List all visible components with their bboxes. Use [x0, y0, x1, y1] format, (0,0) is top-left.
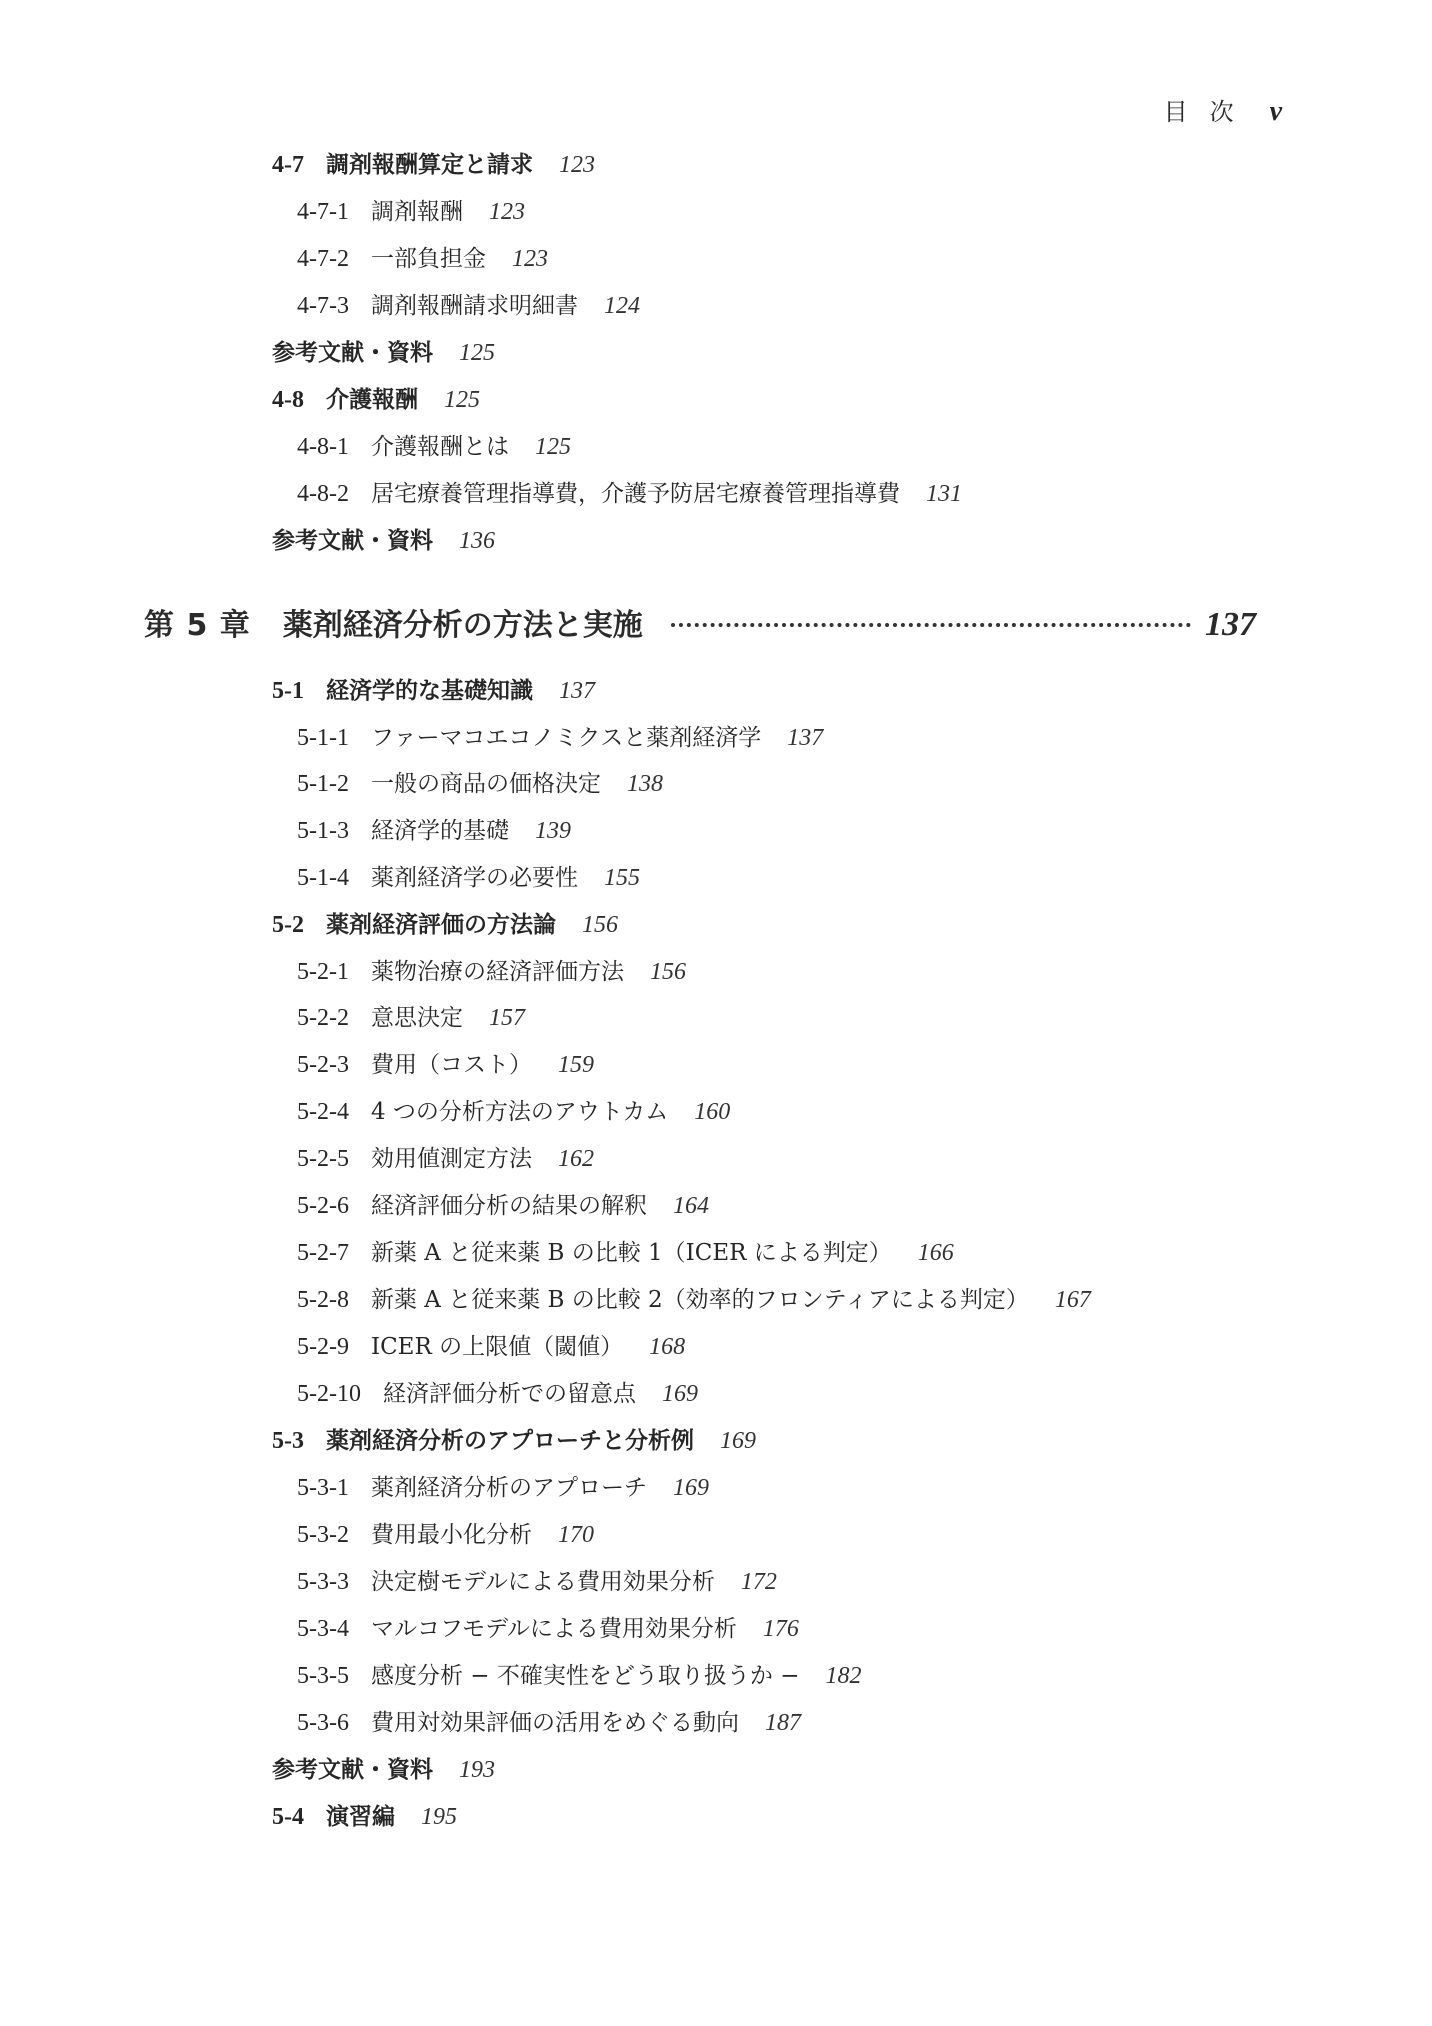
entry-title: 費用最小化分析 [371, 1520, 532, 1550]
toc-entry-references[interactable]: 参考文献・資料 125 [272, 338, 495, 368]
entry-page: 169 [673, 1473, 709, 1503]
entry-number: 5-2-4 [297, 1097, 349, 1127]
toc-entry-subsection[interactable]: 5-1-4 薬剤経済学の必要性 155 [297, 863, 640, 893]
entry-title: 介護報酬とは [371, 432, 509, 462]
entry-title: 一部負担金 [371, 244, 486, 274]
toc-entry-subsection[interactable]: 4-8-2 居宅療養管理指導費，介護予防居宅療養管理指導費 131 [297, 479, 962, 509]
entry-page: 125 [444, 385, 480, 415]
entry-number: 5-1-1 [297, 723, 349, 753]
toc-entry-subsection[interactable]: 5-2-9 ICER の上限値（閾値） 168 [297, 1332, 685, 1362]
entry-title: 演習編 [326, 1802, 395, 1832]
entry-title: 新薬 A と従来薬 B の比較 2（効率的フロンティアによる判定） [371, 1285, 1029, 1315]
entry-title: 薬剤経済学の必要性 [371, 863, 578, 893]
entry-number: 5-2-9 [297, 1332, 349, 1362]
entry-title: 調剤報酬請求明細書 [371, 291, 578, 321]
toc-entry-section[interactable]: 4-8 介護報酬 125 [272, 385, 480, 415]
chapter-label: 第 5 章 [144, 600, 251, 644]
entry-page: 166 [918, 1238, 954, 1268]
entry-number: 5-3-4 [297, 1614, 349, 1644]
toc-entry-subsection[interactable]: 5-2-1 薬物治療の経済評価方法 156 [297, 957, 686, 987]
entry-page: 123 [489, 197, 525, 227]
toc-entry-section[interactable]: 5-1 経済学的な基礎知識 137 [272, 676, 595, 706]
toc-entry-section[interactable]: 5-3 薬剤経済分析のアプローチと分析例 169 [272, 1426, 756, 1456]
toc-entry-subsection[interactable]: 4-7-2 一部負担金 123 [297, 244, 548, 274]
toc-entry-subsection[interactable]: 5-2-10 経済評価分析での留意点 169 [297, 1379, 698, 1409]
entry-number: 5-2-10 [297, 1379, 361, 1409]
entry-page: 123 [512, 244, 548, 274]
entry-page: 162 [558, 1144, 594, 1174]
entry-number: 5-3-5 [297, 1661, 349, 1691]
entry-page: 172 [741, 1567, 777, 1597]
entry-page: 125 [459, 338, 495, 368]
entry-title: 居宅療養管理指導費，介護予防居宅療養管理指導費 [371, 479, 900, 509]
header-label-ji: 次 [1210, 92, 1234, 127]
toc-entry-references[interactable]: 参考文献・資料 136 [272, 526, 495, 556]
entry-number: 4-8-2 [297, 479, 349, 509]
entry-title: 経済学的基礎 [371, 816, 509, 846]
toc-entry-subsection[interactable]: 4-7-3 調剤報酬請求明細書 124 [297, 291, 640, 321]
entry-number: 5-3-6 [297, 1708, 349, 1738]
entry-page: 169 [662, 1379, 698, 1409]
entry-title: 一般の商品の価格決定 [371, 769, 601, 799]
entry-page: 123 [559, 150, 595, 180]
entry-title: 意思決定 [371, 1003, 463, 1033]
entry-page: 160 [694, 1097, 730, 1127]
toc-entry-subsection[interactable]: 5-1-2 一般の商品の価格決定 138 [297, 769, 663, 799]
entry-title: 決定樹モデルによる費用効果分析 [371, 1567, 715, 1597]
chapter-page: 137 [1205, 606, 1256, 644]
entry-number: 5-2-5 [297, 1144, 349, 1174]
entry-page: 138 [627, 769, 663, 799]
toc-entry-subsection[interactable]: 5-2-7 新薬 A と従来薬 B の比較 1（ICER による判定） 166 [297, 1238, 954, 1268]
toc-entry-subsection[interactable]: 5-2-6 経済評価分析の結果の解釈 164 [297, 1191, 709, 1221]
entry-page: 124 [604, 291, 640, 321]
entry-page: 170 [558, 1520, 594, 1550]
entry-page: 137 [787, 723, 823, 753]
dot-leader [671, 623, 1191, 627]
chapter-title: 薬剤経済分析の方法と実施 [283, 600, 643, 644]
entry-title: 4 つの分析方法のアウトカム [371, 1097, 668, 1127]
toc-entry-subsection[interactable]: 5-2-5 効用値測定方法 162 [297, 1144, 594, 1174]
toc-chapter-heading[interactable]: 第 5 章 薬剤経済分析の方法と実施 137 [144, 600, 1256, 644]
toc-entry-subsection[interactable]: 5-1-3 経済学的基礎 139 [297, 816, 571, 846]
entry-title: 費用（コスト） [371, 1050, 532, 1080]
entry-title: 薬剤経済分析のアプローチ [371, 1473, 647, 1503]
entry-title: 薬剤経済分析のアプローチと分析例 [326, 1426, 694, 1456]
running-header: 目 次 v [1164, 92, 1282, 128]
toc-entry-subsection[interactable]: 5-3-1 薬剤経済分析のアプローチ 169 [297, 1473, 709, 1503]
toc-entry-subsection[interactable]: 5-3-5 感度分析 − 不確実性をどう取り扱うか − 182 [297, 1661, 861, 1691]
header-label-moku: 目 [1164, 92, 1188, 127]
entry-number: 5-3-3 [297, 1567, 349, 1597]
entry-title: 新薬 A と従来薬 B の比較 1（ICER による判定） [371, 1238, 892, 1268]
toc-entry-subsection[interactable]: 4-8-1 介護報酬とは 125 [297, 432, 571, 462]
entry-title: 介護報酬 [326, 385, 418, 415]
entry-title: 経済評価分析での留意点 [383, 1379, 636, 1409]
entry-page: 193 [459, 1755, 495, 1785]
entry-number: 4-8-1 [297, 432, 349, 462]
entry-number: 5-3-2 [297, 1520, 349, 1550]
entry-number: 5-2-8 [297, 1285, 349, 1315]
entry-title: 薬物治療の経済評価方法 [371, 957, 624, 987]
toc-entry-subsection[interactable]: 5-3-3 決定樹モデルによる費用効果分析 172 [297, 1567, 777, 1597]
entry-number: 5-3-1 [297, 1473, 349, 1503]
entry-page: 176 [763, 1614, 799, 1644]
entry-title: 参考文献・資料 [272, 1755, 433, 1785]
entry-page: 131 [926, 479, 962, 509]
entry-number: 5-4 [272, 1802, 304, 1832]
toc-entry-subsection[interactable]: 5-3-2 費用最小化分析 170 [297, 1520, 594, 1550]
toc-entry-subsection[interactable]: 5-2-2 意思決定 157 [297, 1003, 525, 1033]
entry-title: 参考文献・資料 [272, 526, 433, 556]
toc-entry-subsection[interactable]: 5-2-8 新薬 A と従来薬 B の比較 2（効率的フロンティアによる判定） … [297, 1285, 1091, 1315]
entry-title: 費用対効果評価の活用をめぐる動向 [371, 1708, 739, 1738]
entry-number: 5-2 [272, 910, 304, 940]
entry-title: 感度分析 − 不確実性をどう取り扱うか − [371, 1661, 799, 1691]
entry-page: 159 [558, 1050, 594, 1080]
entry-number: 5-1-2 [297, 769, 349, 799]
entry-title: 調剤報酬算定と請求 [326, 150, 533, 180]
entry-number: 5-2-1 [297, 957, 349, 987]
entry-title: ICER の上限値（閾値） [371, 1332, 623, 1362]
toc-entry-subsection[interactable]: 5-3-4 マルコフモデルによる費用効果分析 176 [297, 1614, 799, 1644]
entry-title: 効用値測定方法 [371, 1144, 532, 1174]
entry-page: 139 [535, 816, 571, 846]
toc-entry-subsection[interactable]: 5-2-3 費用（コスト） 159 [297, 1050, 594, 1080]
entry-number: 5-1 [272, 676, 304, 706]
entry-page: 182 [825, 1661, 861, 1691]
toc-entry-subsection[interactable]: 4-7-1 調剤報酬 123 [297, 197, 525, 227]
entry-title: ファーマコエコノミクスと薬剤経済学 [371, 723, 761, 753]
toc-entry-section[interactable]: 4-7 調剤報酬算定と請求 123 [272, 150, 595, 180]
entry-page: 156 [650, 957, 686, 987]
entry-number: 5-2-3 [297, 1050, 349, 1080]
entry-page: 157 [489, 1003, 525, 1033]
entry-number: 5-1-4 [297, 863, 349, 893]
entry-title: 調剤報酬 [371, 197, 463, 227]
entry-page: 167 [1055, 1285, 1091, 1315]
entry-title: 薬剤経済評価の方法論 [326, 910, 556, 940]
entry-title: 経済学的な基礎知識 [326, 676, 533, 706]
entry-page: 125 [535, 432, 571, 462]
toc-entry-section[interactable]: 5-2 薬剤経済評価の方法論 156 [272, 910, 618, 940]
entry-page: 137 [559, 676, 595, 706]
toc-entry-section[interactable]: 5-4 演習編 195 [272, 1802, 457, 1832]
entry-title: 参考文献・資料 [272, 338, 433, 368]
entry-number: 5-1-3 [297, 816, 349, 846]
entry-number: 4-7-2 [297, 244, 349, 274]
entry-title: 経済評価分析の結果の解釈 [371, 1191, 647, 1221]
entry-number: 5-3 [272, 1426, 304, 1456]
entry-page: 187 [765, 1708, 801, 1738]
entry-page: 195 [421, 1802, 457, 1832]
entry-number: 4-7-3 [297, 291, 349, 321]
entry-number: 5-2-7 [297, 1238, 349, 1268]
toc-entry-subsection[interactable]: 5-2-4 4 つの分析方法のアウトカム 160 [297, 1097, 730, 1127]
entry-number: 4-7 [272, 150, 304, 180]
entry-number: 4-8 [272, 385, 304, 415]
entry-number: 4-7-1 [297, 197, 349, 227]
toc-entry-subsection[interactable]: 5-1-1 ファーマコエコノミクスと薬剤経済学 137 [297, 723, 823, 753]
entry-title: マルコフモデルによる費用効果分析 [371, 1614, 737, 1644]
entry-page: 164 [673, 1191, 709, 1221]
entry-number: 5-2-2 [297, 1003, 349, 1033]
toc-entry-references[interactable]: 参考文献・資料 193 [272, 1755, 495, 1785]
header-page-number: v [1270, 96, 1282, 128]
entry-page: 155 [604, 863, 640, 893]
toc-entry-subsection[interactable]: 5-3-6 費用対効果評価の活用をめぐる動向 187 [297, 1708, 801, 1738]
entry-page: 136 [459, 526, 495, 556]
entry-page: 168 [649, 1332, 685, 1362]
entry-page: 156 [582, 910, 618, 940]
entry-page: 169 [720, 1426, 756, 1456]
entry-number: 5-2-6 [297, 1191, 349, 1221]
